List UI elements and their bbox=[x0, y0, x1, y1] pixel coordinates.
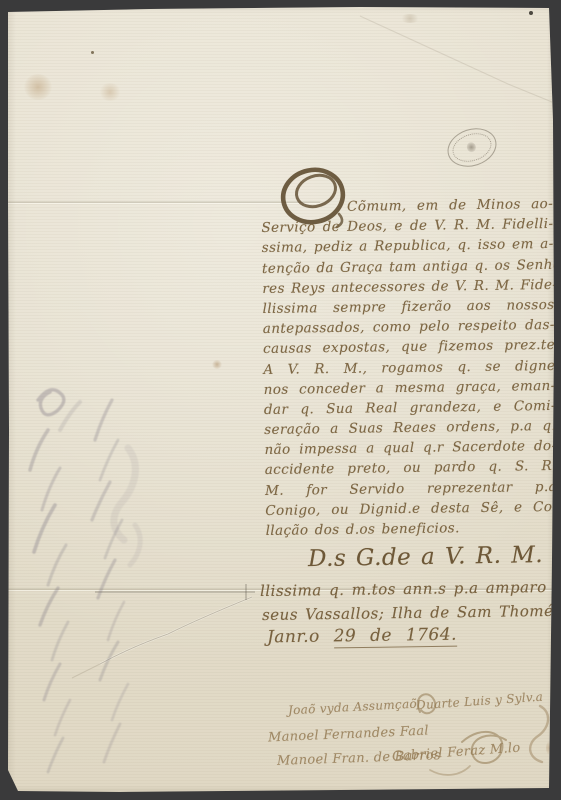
paper-edge-shading bbox=[0, 0, 561, 800]
paper-sheet: Cõmum, em de Minos ao-Serviço de Deos, e… bbox=[0, 0, 561, 800]
scanned-manuscript-letter: Cõmum, em de Minos ao-Serviço de Deos, e… bbox=[0, 0, 561, 800]
